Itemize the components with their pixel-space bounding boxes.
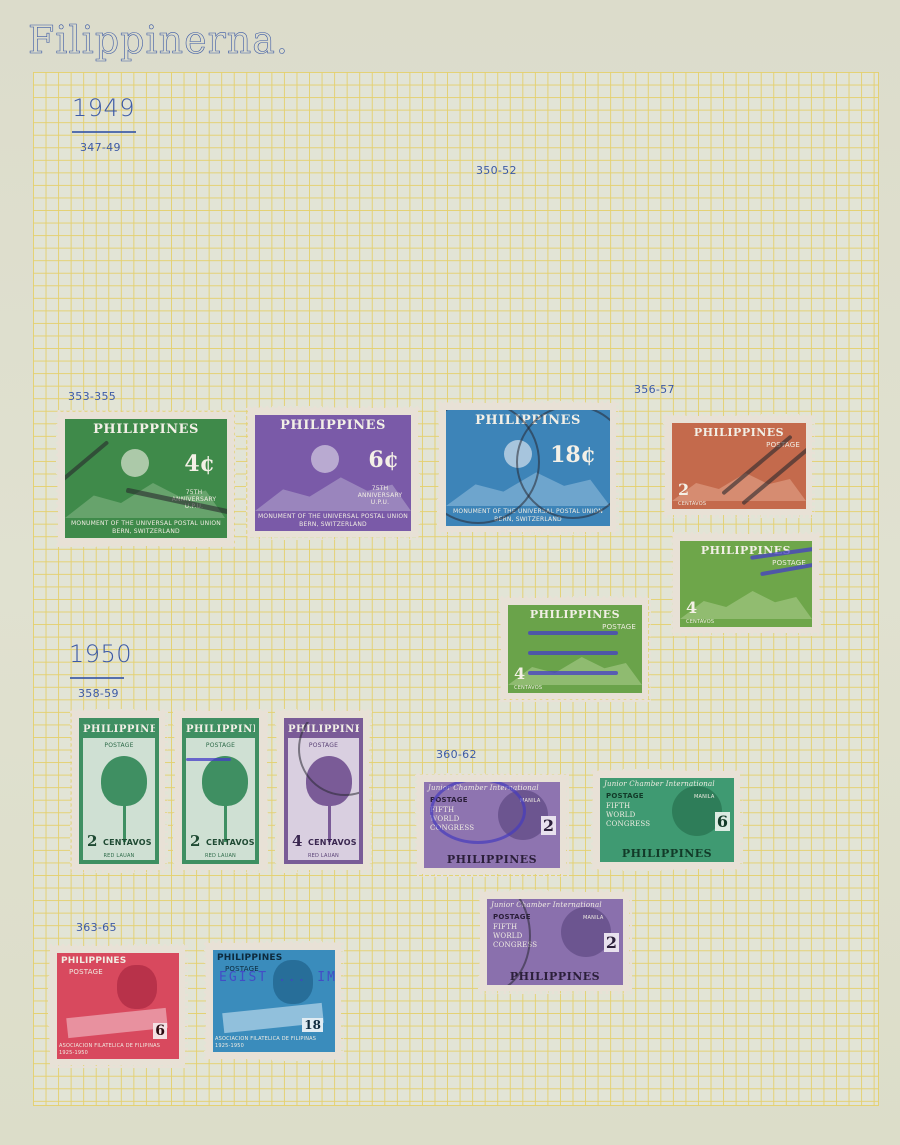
stamp-caption: RED LAUAN <box>83 853 155 859</box>
stamp-unit: CENTAVOS <box>308 838 357 847</box>
year-underline <box>72 131 136 133</box>
stamp-red-lauan-4c[interactable]: PHILIPPINES POSTAGE 4 CENTAVOS RED LAUAN <box>275 709 372 873</box>
stamp-caption: RED LAUAN <box>288 853 359 859</box>
stamp-jci-2c[interactable]: Junior Chamber International POSTAGE FIF… <box>415 773 569 877</box>
year-heading-1949: 1949 <box>72 94 135 122</box>
catalog-label: 350-52 <box>476 164 517 177</box>
stamp-value: 4 <box>686 598 697 617</box>
catalog-label: 358-59 <box>78 687 119 700</box>
stamp-subtitle: POSTAGE <box>606 792 644 800</box>
tree-trunk <box>328 802 331 842</box>
stamp-country: PHILIPPINES <box>217 953 282 963</box>
stamp-subtitle: POSTAGE <box>69 968 103 976</box>
stamp-horseman-4c[interactable]: PHILIPPINES POSTAGE 4 CENTAVOS <box>499 596 651 702</box>
stamp-legend: MONUMENT OF THE UNIVERSAL POSTAL UNION <box>255 513 411 520</box>
catalog-label: 356-57 <box>634 383 675 396</box>
stamp-red-lauan-2c[interactable]: PHILIPPINES POSTAGE 2 CENTAVOS RED LAUAN <box>173 709 268 873</box>
cancel-mark <box>528 671 618 675</box>
stamp-value: 2 <box>678 480 689 499</box>
battle-scene <box>680 579 812 619</box>
stamp-upu-18c[interactable]: PHILIPPINES 18¢ MONUMENT OF THE UNIVERSA… <box>437 401 619 535</box>
catalog-label: 347-49 <box>80 141 121 154</box>
stamp-line: WORLD <box>606 811 635 819</box>
stamp-subtitle: POSTAGE <box>186 742 255 749</box>
stamp-value: 2 <box>541 816 556 835</box>
stamp-country: PHILIPPINES <box>65 422 227 437</box>
page-title: Filippinerna. <box>28 18 289 62</box>
stamp-value: 4 <box>292 832 302 850</box>
stamp-country: PHILIPPINES <box>600 847 734 860</box>
stamp-legend: MONUMENT OF THE UNIVERSAL POSTAL UNION <box>65 520 227 527</box>
stamp-unit: CENTAVOS <box>206 838 255 847</box>
stamp-value: 2 <box>87 832 97 850</box>
stamp-philatelic-18c[interactable]: PHILIPPINES POSTAGE 18 ASOCIACION FILATE… <box>204 941 344 1061</box>
stamp-line: FIFTH <box>606 802 630 810</box>
stamp-country: PHILIPPINES <box>508 608 642 621</box>
stamp-value: 2 <box>604 933 619 952</box>
stamp-upu-6c[interactable]: PHILIPPINES 6¢ 75TH ANNIVERSARY U.P.U. M… <box>246 406 420 540</box>
stamp-value: 6¢ <box>368 447 399 473</box>
stamp-country: PHILIPPINES <box>83 722 155 738</box>
stamp-caption: ASOCIACION FILATELICA DE FILIPINAS <box>59 1043 160 1049</box>
stamp-caption: RED LAUAN <box>186 853 255 859</box>
stamp-place: MANILA <box>583 915 603 921</box>
cancel-mark <box>528 631 618 635</box>
stamp-value: 6 <box>153 1023 167 1039</box>
stamp-country: PHILIPPINES <box>255 418 411 433</box>
tree-trunk <box>224 802 227 842</box>
cancel-mark <box>528 651 618 655</box>
stamp-jci-2c[interactable]: Junior Chamber International POSTAGE FIF… <box>478 890 632 994</box>
stamp-place: MANILA <box>694 794 714 800</box>
tree-icon <box>101 756 147 806</box>
stamp-country: PHILIPPINES <box>186 722 255 738</box>
stamp-sublegend: BERN, SWITZERLAND <box>255 521 411 528</box>
stamp-dates: 1925-1950 <box>59 1050 88 1056</box>
cancel-text: EGIST ... IMNAO ... LB <box>219 970 335 985</box>
stamp-unit: CENTAVOS <box>514 685 542 691</box>
year-heading-1950: 1950 <box>69 640 132 668</box>
globe-icon <box>121 449 149 477</box>
cancel-mark <box>65 440 109 482</box>
stamp-unit: CENTAVOS <box>686 619 714 625</box>
portrait-figure <box>117 965 157 1009</box>
stamp-line: CONGRESS <box>606 820 650 828</box>
stamp-value: 18 <box>302 1018 323 1032</box>
stamp-subtitle: POSTAGE <box>83 742 155 749</box>
stamp-value: 4 <box>514 664 525 683</box>
catalog-label: 363-65 <box>76 921 117 934</box>
stamp-dates: 1925-1950 <box>215 1043 244 1049</box>
stamp-value: 6 <box>715 812 730 831</box>
stamp-value: 4¢ <box>184 451 215 477</box>
globe-icon <box>311 445 339 473</box>
catalog-label: 360-62 <box>436 748 477 761</box>
stamp-horseman-2c[interactable]: PHILIPPINES POSTAGE 2 CENTAVOS <box>663 414 815 518</box>
stamp-red-lauan-2c[interactable]: PHILIPPINES POSTAGE 2 CENTAVOS RED LAUAN <box>70 709 168 873</box>
stamp-value: 2 <box>190 832 200 850</box>
stamp-anniversary: 75TH ANNIVERSARY U.P.U. <box>355 485 405 506</box>
stamp-unit: CENTAVOS <box>103 838 152 847</box>
stamp-caption: ASOCIACION FILATELICA DE FILIPINAS <box>215 1036 316 1042</box>
stamp-country: PHILIPPINES <box>424 853 560 866</box>
stamp-country: PHILIPPINES <box>61 956 126 966</box>
cancel-mark <box>186 758 231 761</box>
year-underline <box>70 677 124 679</box>
catalog-label: 353-355 <box>68 390 116 403</box>
tree-icon <box>202 756 248 806</box>
stamp-unit: CENTAVOS <box>678 501 706 507</box>
tree-trunk <box>123 802 126 842</box>
stamp-jci-6c[interactable]: Junior Chamber International POSTAGE FIF… <box>591 769 743 871</box>
stamp-upu-4c[interactable]: PHILIPPINES 4¢ 75TH ANNIVERSARY U.P.U. M… <box>56 410 236 547</box>
stamp-philatelic-6c[interactable]: PHILIPPINES POSTAGE 6 ASOCIACION FILATEL… <box>48 944 188 1068</box>
stamp-horseman-4c[interactable]: PHILIPPINES POSTAGE 4 CENTAVOS <box>671 532 821 636</box>
stamp-subtitle: POSTAGE <box>602 623 636 631</box>
album-page: Filippinerna. 1949 347-49 350-52 353-355… <box>0 0 900 1145</box>
stamp-sublegend: BERN, SWITZERLAND <box>65 528 227 535</box>
